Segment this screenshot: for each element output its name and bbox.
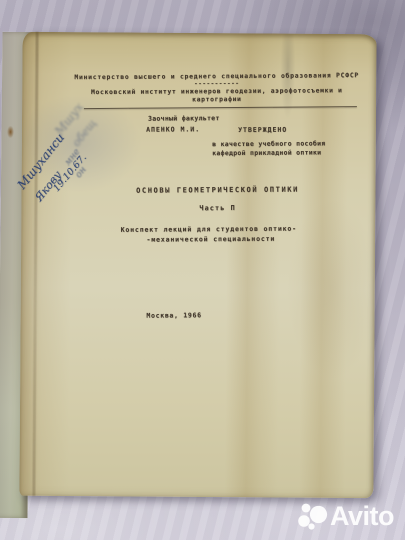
- imprint-line: Москва, 1966: [146, 311, 201, 319]
- avito-logo-icon: [296, 502, 328, 530]
- title-page: Министерство высшего и среднего специаль…: [19, 32, 376, 498]
- photo-background: Министерство высшего и среднего специаль…: [0, 0, 405, 540]
- avito-watermark: Avito: [296, 498, 400, 534]
- approved-heading: УТВЕРЖДЕНО: [238, 126, 287, 134]
- approved-line-2: кафедрой прикладной оптики: [212, 148, 321, 157]
- avito-brand-text: Avito: [330, 503, 394, 530]
- approved-line-1: в качестве учебного пособия: [212, 139, 325, 148]
- handwriting-note: Мшух обещ мне он Мшуханси Якову 19.10.67…: [21, 32, 183, 253]
